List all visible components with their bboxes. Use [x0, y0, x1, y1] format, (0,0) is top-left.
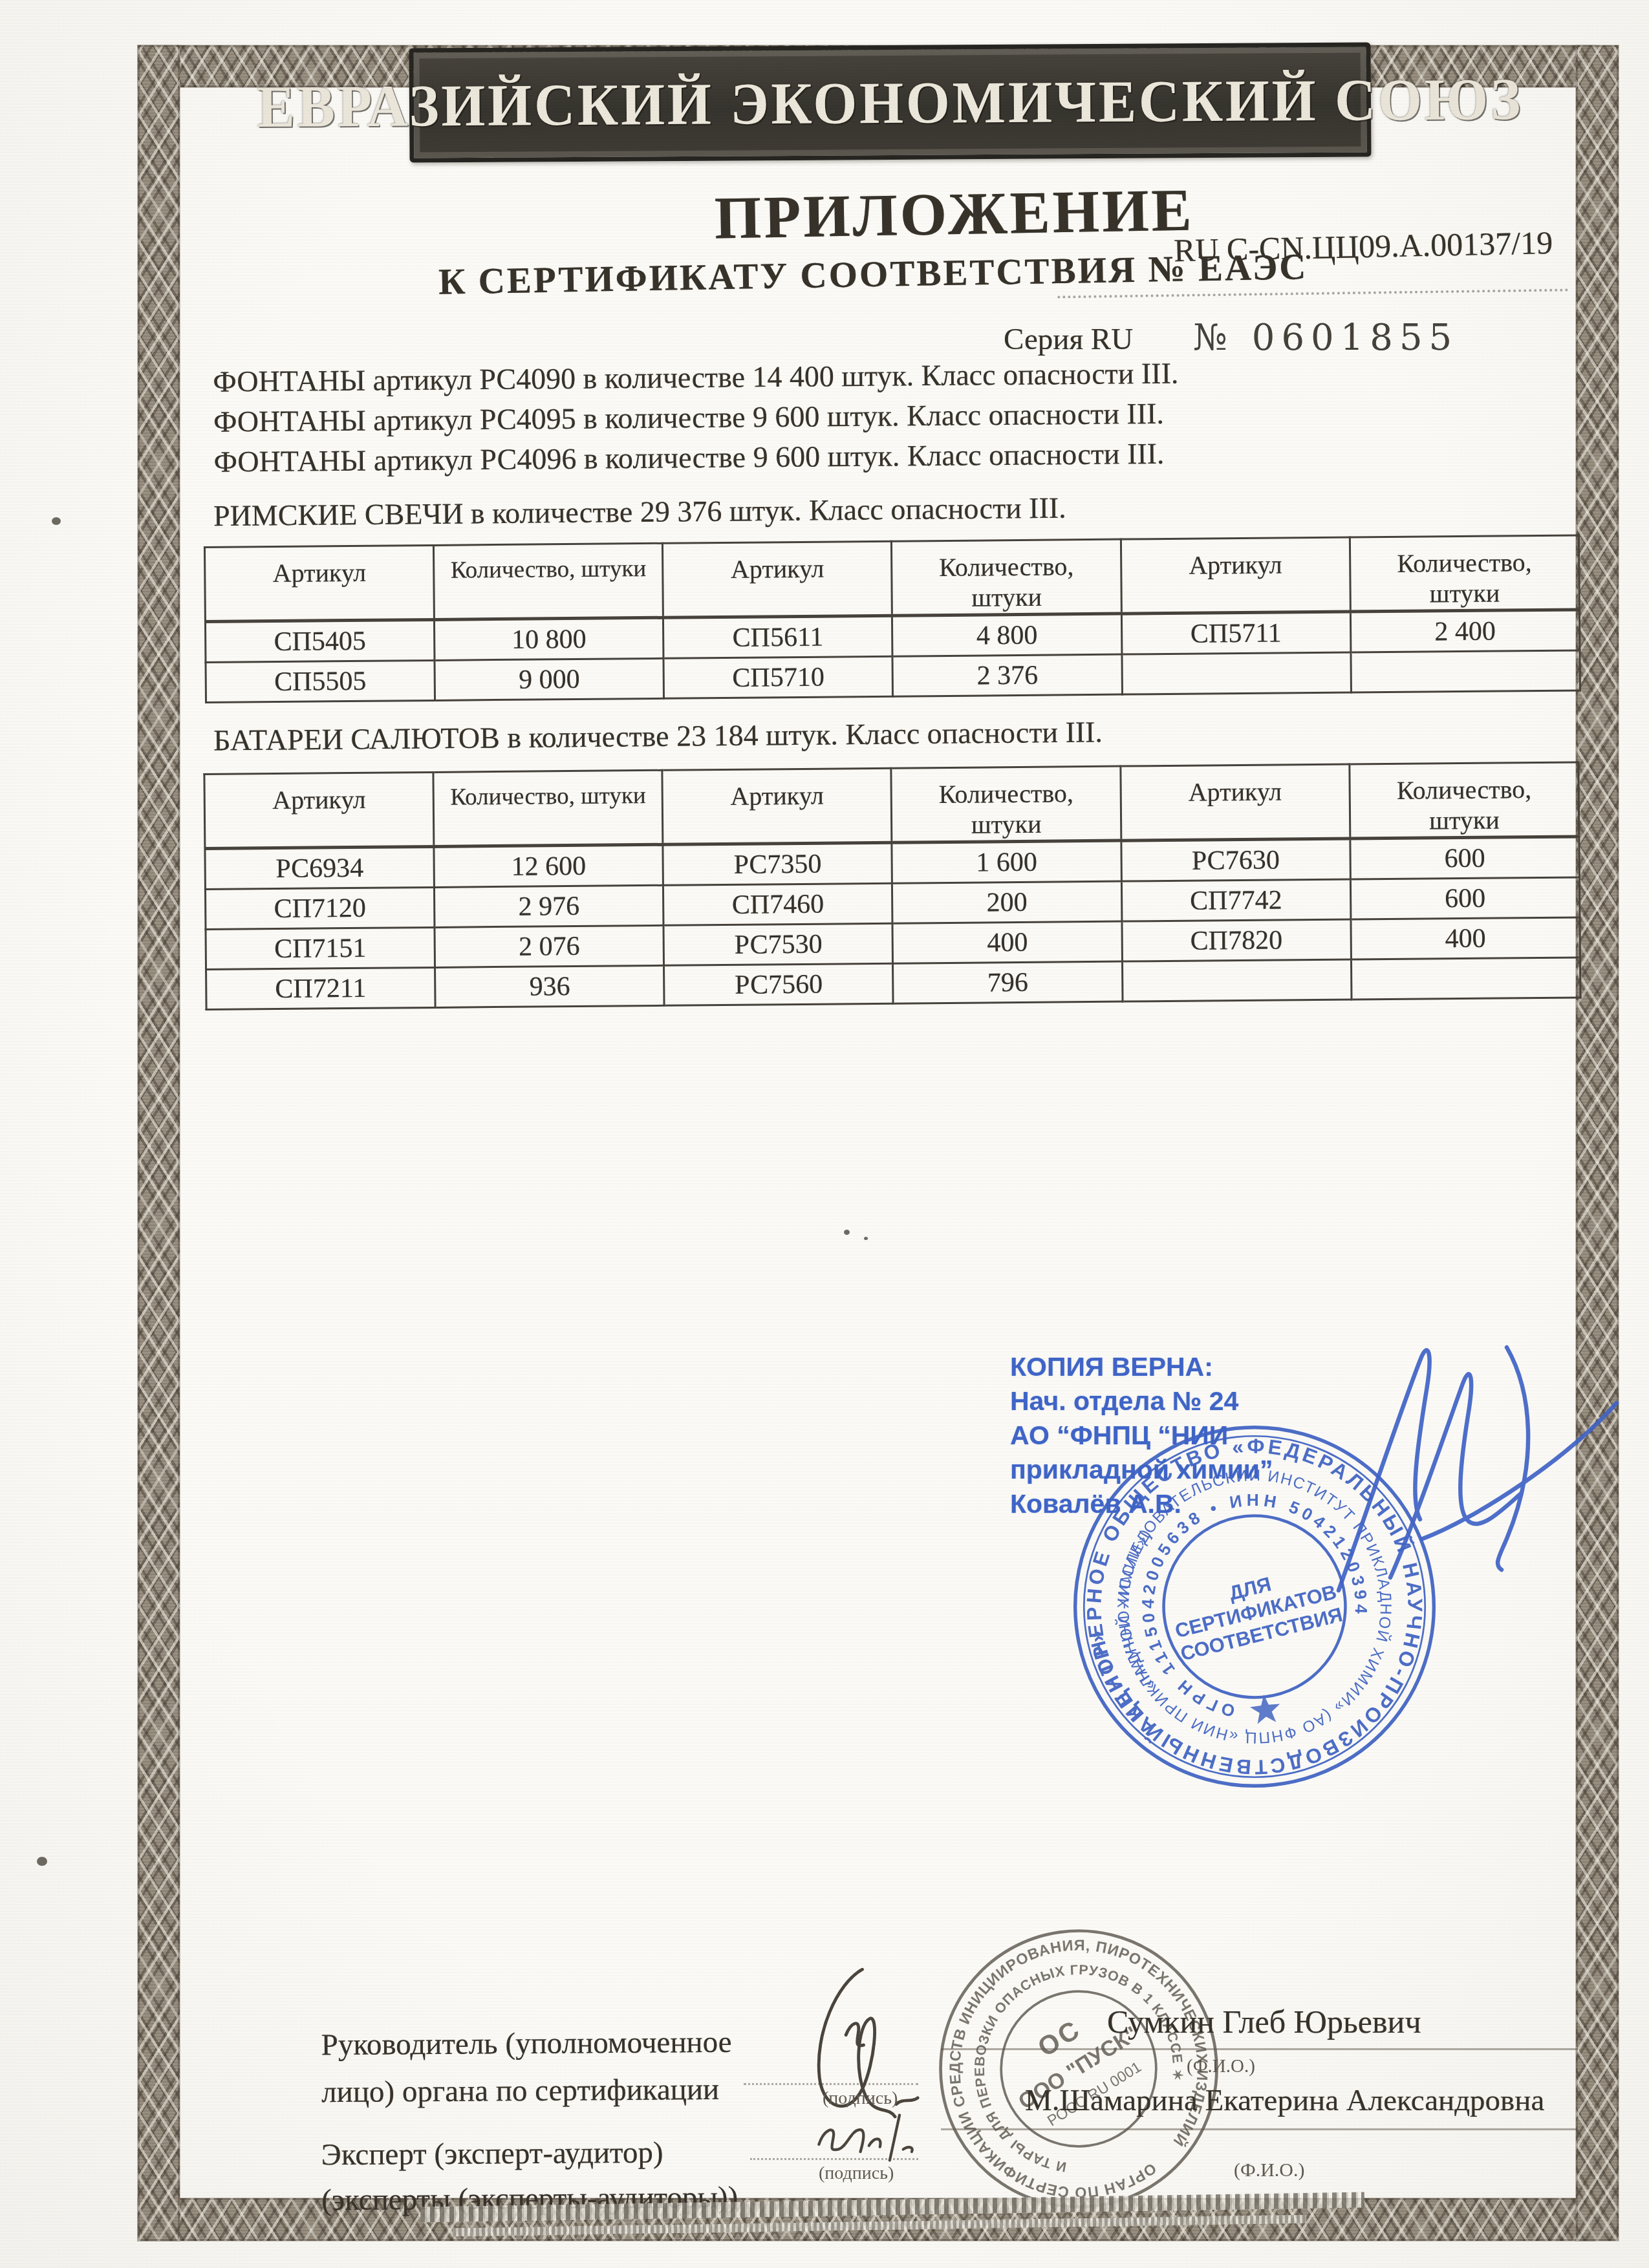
- table-cell: 1 600: [892, 840, 1121, 883]
- table-cell: СП5405: [205, 619, 435, 662]
- column-header: Количество, штуки: [1350, 762, 1579, 839]
- table-cell: 10 800: [435, 617, 664, 660]
- table-cell: СП7151: [206, 927, 435, 969]
- table-cell: СП7460: [663, 883, 893, 925]
- table-header-row: АртикулКоличество, штукиАртикулКоличеств…: [204, 762, 1579, 849]
- table-cell: РС7530: [663, 923, 893, 965]
- table-cell: СП7820: [1122, 919, 1352, 961]
- copy-note-line: КОПИЯ ВЕРНА:: [1010, 1350, 1273, 1384]
- table-cell: 600: [1350, 837, 1580, 879]
- series-label: Серия RU: [1004, 322, 1133, 357]
- scanned-certificate-page: { "banner": { "text": "ЕВРАЗИЙСКИЙ ЭКОНО…: [0, 0, 1649, 2268]
- table-cell: 400: [1351, 917, 1580, 959]
- signature-caption: (подпись): [819, 2163, 894, 2184]
- table-cell: СП5611: [663, 615, 893, 658]
- column-header: Артикул: [204, 545, 434, 621]
- column-header: Количество, штуки: [433, 770, 663, 846]
- table-cell: РС7560: [664, 963, 894, 1005]
- fill-in-dotted-line: [1057, 260, 1569, 298]
- table-cell: 2 400: [1350, 610, 1580, 652]
- column-header: Количество, штуки: [891, 766, 1121, 842]
- table-cell: 796: [893, 961, 1123, 1003]
- table-cell: РС7350: [663, 842, 892, 885]
- blue-signature: [1293, 1306, 1630, 1616]
- pusk-round-stamp: ОРГАН ПО СЕРТИФИКАЦИИ СРЕДСТВ ИНИЦИИРОВА…: [918, 1909, 1240, 2230]
- table-cell: 2 076: [435, 925, 664, 967]
- column-header: Количество, штуки: [892, 539, 1121, 615]
- table-cell: 936: [435, 965, 665, 1007]
- table-cell: СП7211: [206, 967, 436, 1009]
- table-cell: 200: [892, 881, 1122, 923]
- scan-speck: [37, 1857, 47, 1866]
- column-header: Количество, штуки: [1350, 535, 1579, 612]
- table-cell: СП7742: [1121, 879, 1351, 921]
- table-cell: [1122, 652, 1352, 694]
- salute-batteries-table: АртикулКоличество, штукиАртикулКоличеств…: [203, 761, 1581, 1011]
- table-cell: 4 800: [892, 614, 1122, 656]
- table-cell: СП5711: [1121, 612, 1351, 654]
- border-right: [1576, 45, 1619, 2241]
- table-cell: 2 376: [892, 654, 1122, 696]
- table-cell: СП7120: [205, 887, 435, 929]
- table-cell: [1351, 957, 1580, 1000]
- roman-candles-heading: РИМСКИЕ СВЕЧИ в количестве 29 376 штук. …: [213, 491, 1066, 533]
- column-header: Количество, штуки: [434, 543, 663, 619]
- copy-note-line: Нач. отдела № 24: [1010, 1384, 1273, 1418]
- head-name: Сумкин Глеб Юрьевич: [1107, 2003, 1421, 2040]
- column-header: Артикул: [204, 772, 434, 848]
- table-cell: СП5710: [663, 656, 893, 698]
- column-header: Артикул: [662, 768, 892, 844]
- table-cell: 12 600: [434, 844, 663, 887]
- scan-speck: [864, 1237, 868, 1240]
- expert-signature: [812, 2106, 921, 2168]
- table-cell: 2 976: [435, 885, 664, 927]
- column-header: Артикул: [1120, 764, 1350, 840]
- table-cell: РС6934: [205, 846, 435, 889]
- table-cell: СП5505: [206, 660, 435, 702]
- table-cell: 600: [1350, 877, 1580, 919]
- table-cell: 400: [892, 921, 1122, 963]
- eaeu-banner-text: ЕВРАЗИЙСКИЙ ЭКОНОМИЧЕСКИЙ СОЮЗ: [257, 65, 1523, 141]
- eaeu-banner: ЕВРАЗИЙСКИЙ ЭКОНОМИЧЕСКИЙ СОЮЗ: [409, 42, 1371, 162]
- table-cell: [1122, 959, 1352, 1001]
- page-title: ПРИЛОЖЕНИЕ: [714, 176, 1194, 253]
- fountains-paragraph: ФОНТАНЫ артикул РС4090 в количестве 14 4…: [213, 352, 1346, 482]
- table-cell: 9 000: [435, 658, 664, 700]
- table-header-row: АртикулКоличество, штукиАртикулКоличеств…: [204, 535, 1579, 622]
- table-cell: РС7630: [1121, 839, 1350, 881]
- column-header: Артикул: [1121, 537, 1350, 614]
- expert-name: М.Шамарина Екатерина Александровна: [1025, 2083, 1544, 2118]
- table-cell: [1351, 650, 1580, 692]
- scan-speck: [52, 517, 61, 525]
- fio-caption: (Ф.И.О.): [1234, 2159, 1305, 2181]
- scan-speck: [844, 1230, 850, 1235]
- border-left: [138, 45, 180, 2241]
- role-head-label: Руководитель (уполномоченное лицо) орган…: [321, 2019, 732, 2116]
- column-header: Артикул: [663, 541, 892, 617]
- signature-caption: (подпись): [823, 2088, 898, 2109]
- roman-candles-table: АртикулКоличество, штукиАртикулКоличеств…: [204, 534, 1581, 703]
- salute-batteries-heading: БАТАРЕИ САЛЮТОВ в количестве 23 184 штук…: [213, 714, 1103, 757]
